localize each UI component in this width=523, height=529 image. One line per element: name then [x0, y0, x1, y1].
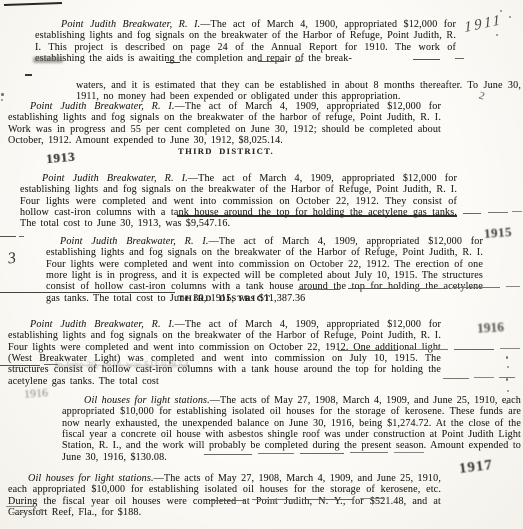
scan-artifact-dash: [350, 452, 388, 453]
faded-struck-total-line: to June 30, 1916, was $11,928.54: [55, 360, 305, 371]
paragraph-point-judith-1916: Point Judith Breakwater, R. I.—The act o…: [8, 319, 441, 387]
scan-speck: [506, 356, 508, 359]
underline-total-cost-1913: [177, 215, 457, 217]
paragraph-continuation-1911: waters, and it is estimated that they ca…: [76, 80, 521, 103]
paragraph-oil-houses-1917: Oil houses for light stations.—The acts …: [8, 473, 441, 518]
scan-artifact-dash: [452, 287, 500, 288]
scan-speck: [507, 390, 509, 392]
scan-speck: [496, 34, 498, 36]
scan-speck: [40, 509, 43, 511]
scan-artifact-dash: [6, 506, 34, 507]
scan-speck: [509, 16, 511, 18]
paragraph-body: waters, and it is estimated that they ca…: [76, 80, 521, 102]
scan-artifact-dash: [25, 74, 32, 76]
ink-smudge: [33, 57, 63, 63]
scan-artifact-dash: [413, 59, 440, 60]
scan-speck: [1, 93, 4, 96]
stamped-year-1916-left: 1916: [24, 385, 49, 402]
paragraph-point-judith-1912: Point Judith Breakwater, R. I.—The act o…: [8, 101, 441, 146]
scan-artifact-dash: [348, 288, 400, 289]
scan-artifact-dash: [210, 500, 246, 501]
paragraph-point-judith-1911: Point Judith Breakwater, R. I.—The act o…: [35, 19, 456, 64]
scan-artifact-dash: [394, 452, 424, 453]
scan-artifact-dash: [300, 453, 344, 454]
scan-artifact-dash: [258, 61, 284, 62]
scan-artifact-dash: [12, 512, 26, 513]
scan-artifact-line: [4, 2, 62, 6]
scan-artifact-dash: [506, 286, 520, 287]
scan-artifact-dash: [404, 349, 448, 350]
scan-artifact-dash: [19, 236, 24, 237]
scan-artifact-dash: [295, 61, 302, 62]
scan-speck: [500, 10, 502, 12]
scan-speck: [506, 402, 508, 404]
scan-artifact-dash: [488, 212, 508, 213]
scanned-report-page: Point Judith Breakwater, R. I.—The act o…: [0, 0, 523, 529]
paragraph-lead: Point Judith Breakwater, R. I.: [60, 236, 209, 247]
paragraph-lead: Oil houses for light stations.: [84, 395, 210, 406]
section-heading-third-district-2: THIRD DISTRICT.: [0, 293, 452, 303]
scan-artifact-dash: [408, 288, 446, 289]
underline-total-cost-1915: [0, 292, 175, 293]
scan-artifact-dash: [166, 62, 180, 63]
scan-artifact-dash: [302, 499, 354, 500]
scan-artifact-dash: [443, 378, 469, 379]
scan-artifact-dash: [500, 348, 520, 349]
scan-artifact-dash: [454, 349, 494, 350]
stamped-year-1915: 1915: [483, 224, 512, 242]
scan-artifact-dash: [455, 58, 464, 59]
paragraph-point-judith-1913: Point Judith Breakwater, R. I.—The act o…: [20, 173, 457, 229]
stamped-year-1913: 1913: [45, 149, 75, 167]
scan-speck: [1, 99, 3, 101]
scan-speck: [507, 366, 509, 368]
scan-artifact-dash: [0, 236, 16, 237]
scan-artifact-dash: [474, 377, 494, 378]
scan-artifact-dash: [204, 454, 252, 455]
paragraph-lead: Point Judith Breakwater, R. I.: [30, 319, 175, 330]
paragraph-lead: Point Judith Breakwater, R. I.: [61, 19, 200, 30]
paragraph-body: —The act of March 4, 1909, appropriated …: [8, 319, 441, 386]
scan-artifact-dash: [44, 364, 58, 365]
scan-artifact-dash: [338, 350, 398, 351]
scan-artifact-dash: [252, 499, 296, 500]
scan-artifact-dash: [463, 213, 481, 214]
scan-artifact-dash: [360, 498, 384, 499]
handwritten-figure-3: 3: [7, 250, 17, 269]
paragraph-lead: Point Judith Breakwater, R. I.: [42, 173, 188, 184]
stamped-year-1917: 1917: [458, 457, 494, 478]
scan-artifact-dash: [258, 453, 294, 454]
scan-artifact-dash: [0, 365, 40, 366]
paragraph-lead: Point Judith Breakwater, R. I.: [30, 101, 175, 112]
stamped-year-1916-right: 1916: [477, 319, 505, 336]
scan-speck: [506, 378, 508, 381]
scan-artifact-dash: [512, 211, 522, 212]
paragraph-lead: Oil houses for light stations.: [28, 473, 154, 484]
scan-artifact-dash: [298, 289, 340, 290]
